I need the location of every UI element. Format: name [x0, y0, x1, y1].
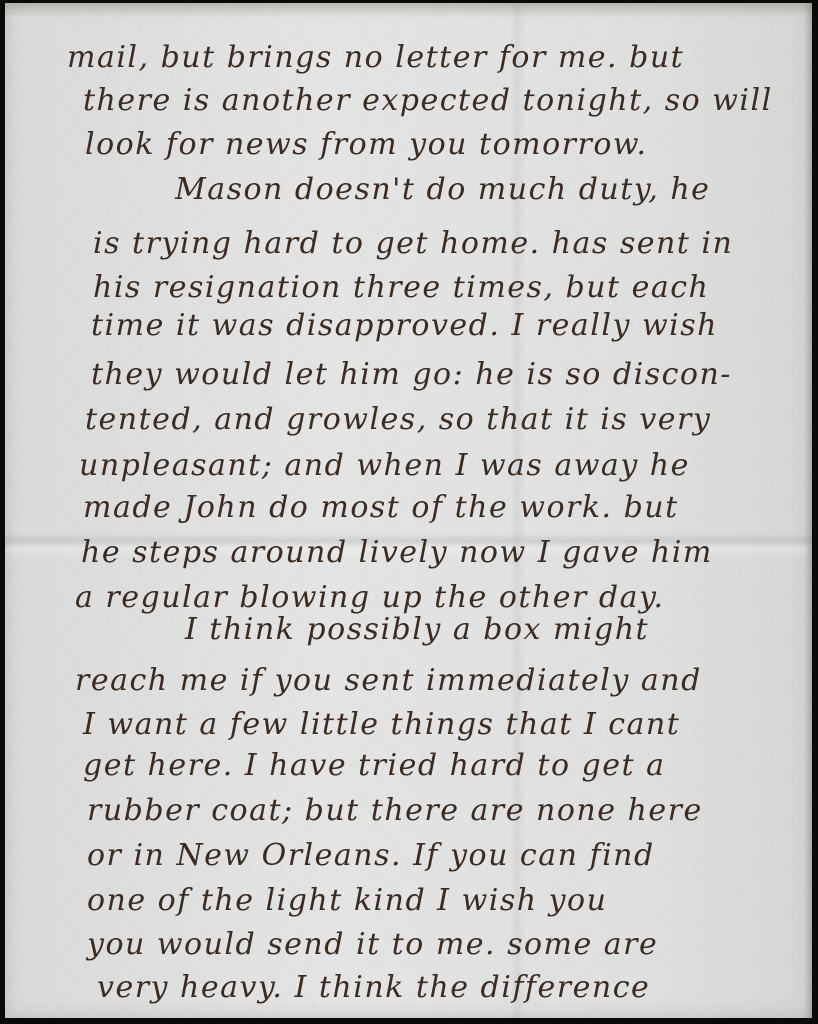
paper-sheet: mail, but brings no letter for me. but t… [5, 3, 812, 1018]
text-line: his resignation three times, but each [93, 273, 709, 303]
scanned-letter: mail, but brings no letter for me. but t… [0, 0, 818, 1024]
text-line: or in New Orleans. If you can find [87, 841, 655, 871]
text-line: is trying hard to get home. has sent in [93, 229, 733, 259]
text-line: there is another expected tonight, so wi… [83, 86, 773, 116]
text-line: unpleasant; and when I was away he [79, 451, 690, 481]
text-line: mail, but brings no letter for me. but [67, 43, 684, 73]
handwritten-text: mail, but brings no letter for me. but t… [5, 3, 812, 1018]
text-line: they would let him go: he is so discon- [91, 360, 732, 390]
text-line: made John do most of the work. but [83, 493, 679, 523]
text-line: one of the light kind I wish you [87, 886, 607, 916]
text-line: a regular blowing up the other day. [75, 583, 664, 613]
text-line: time it was disapproved. I really wish [91, 311, 718, 341]
text-line: reach me if you sent immediately and [75, 666, 702, 696]
text-line: I think possibly a box might [185, 615, 649, 645]
text-line: tented, and growles, so that it is very [85, 405, 711, 435]
text-line: he steps around lively now I gave him [81, 538, 713, 568]
text-line: I want a few little things that I cant [83, 710, 680, 740]
text-line: Mason doesn't do much duty, he [175, 175, 710, 205]
text-line: you would send it to me. some are [87, 930, 658, 960]
text-line: get here. I have tried hard to get a [83, 751, 666, 781]
text-line: rubber coat; but there are none here [87, 796, 703, 826]
text-line: very heavy. I think the difference [97, 973, 650, 1003]
text-line: look for news from you tomorrow. [85, 130, 648, 160]
